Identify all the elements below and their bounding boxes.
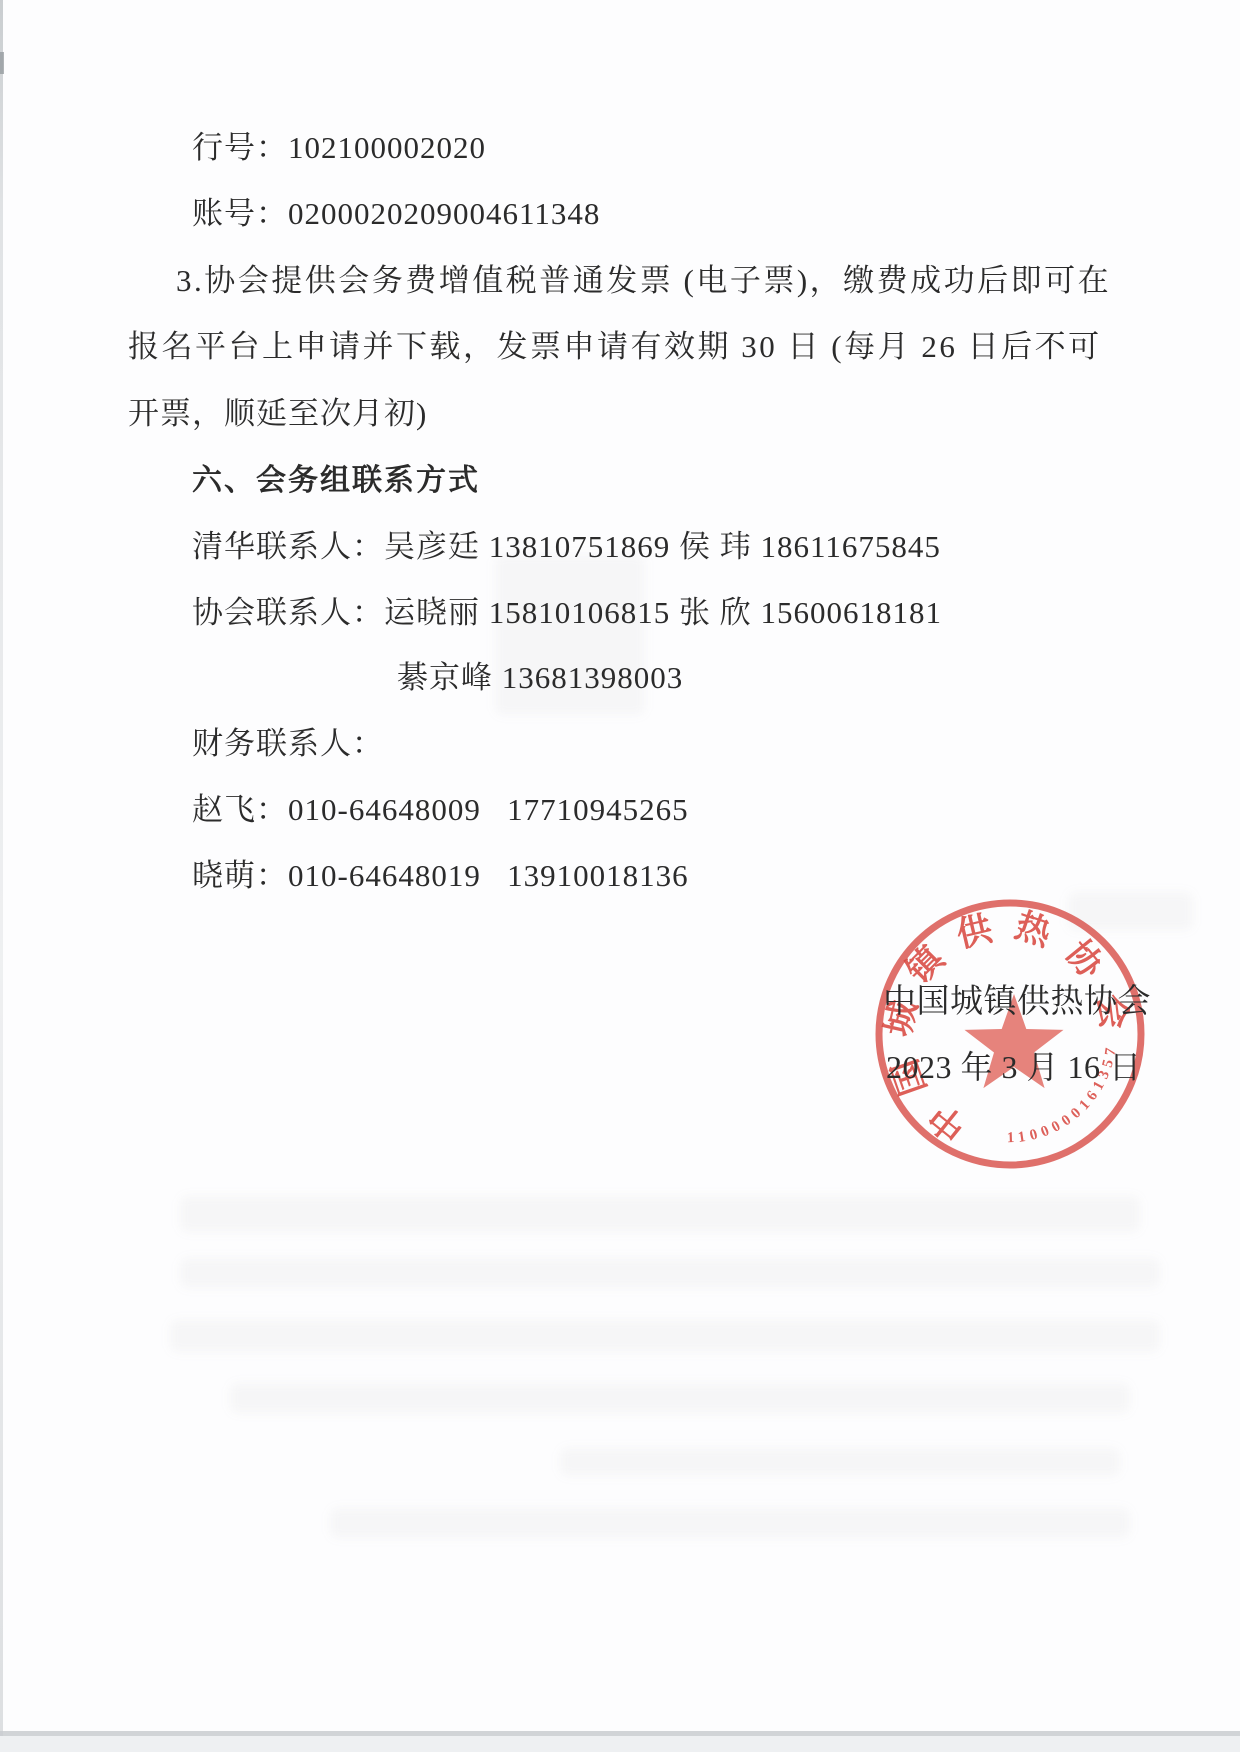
official-seal-stamp: 中国城镇供热协会 1100000161357 [864, 888, 1160, 1184]
document-page: 行号：102100002020 账号：0200020209004611348 3… [0, 0, 1240, 1752]
association-contact-line-2: 綦京峰 13681398003 [397, 645, 683, 711]
scan-bleed-artifact [180, 1258, 1160, 1288]
section-heading-contacts: 六、会务组联系方式 [192, 448, 480, 514]
invoice-paragraph-line-2: 报名平台上申请并下载，发票申请有效期 30 日 (每月 26 日后不可 [128, 314, 1102, 380]
bank-account-number-line: 账号：0200020209004611348 [192, 181, 600, 247]
scan-below-page-area [0, 1736, 1240, 1752]
association-contact-line: 协会联系人：运晓丽 15810106815 张 欣 15600618181 [192, 580, 942, 646]
tsinghua-contact-line: 清华联系人：吴彦廷 13810751869 侯 玮 18611675845 [192, 514, 941, 580]
invoice-paragraph-line-1: 3.协会提供会务费增值税普通发票 (电子票)，缴费成功后即可在 [176, 248, 1111, 314]
finance-contact-label-line: 财务联系人： [192, 711, 384, 777]
finance-contact-zhaofei-line: 赵飞：010-64648009 17710945265 [192, 777, 689, 843]
signature-date: 2023 年 3 月 16 日 [886, 1042, 1142, 1088]
scan-bleed-artifact [560, 1448, 1120, 1476]
scan-bleed-artifact [170, 1320, 1160, 1352]
scan-left-edge [0, 0, 3, 1752]
invoice-paragraph-line-3: 开票，顺延至次月初) [128, 381, 427, 447]
bank-branch-number-line: 行号：102100002020 [192, 115, 486, 181]
scan-bleed-artifact [330, 1508, 1130, 1538]
finance-contact-xiaomeng-line: 晓萌：010-64648019 13910018136 [192, 843, 689, 909]
signature-organization: 中国城镇供热协会 [883, 975, 1151, 1022]
scan-bleed-artifact [180, 1196, 1140, 1232]
scan-left-edge-notch [0, 52, 4, 74]
scan-bleed-artifact [230, 1383, 1130, 1413]
